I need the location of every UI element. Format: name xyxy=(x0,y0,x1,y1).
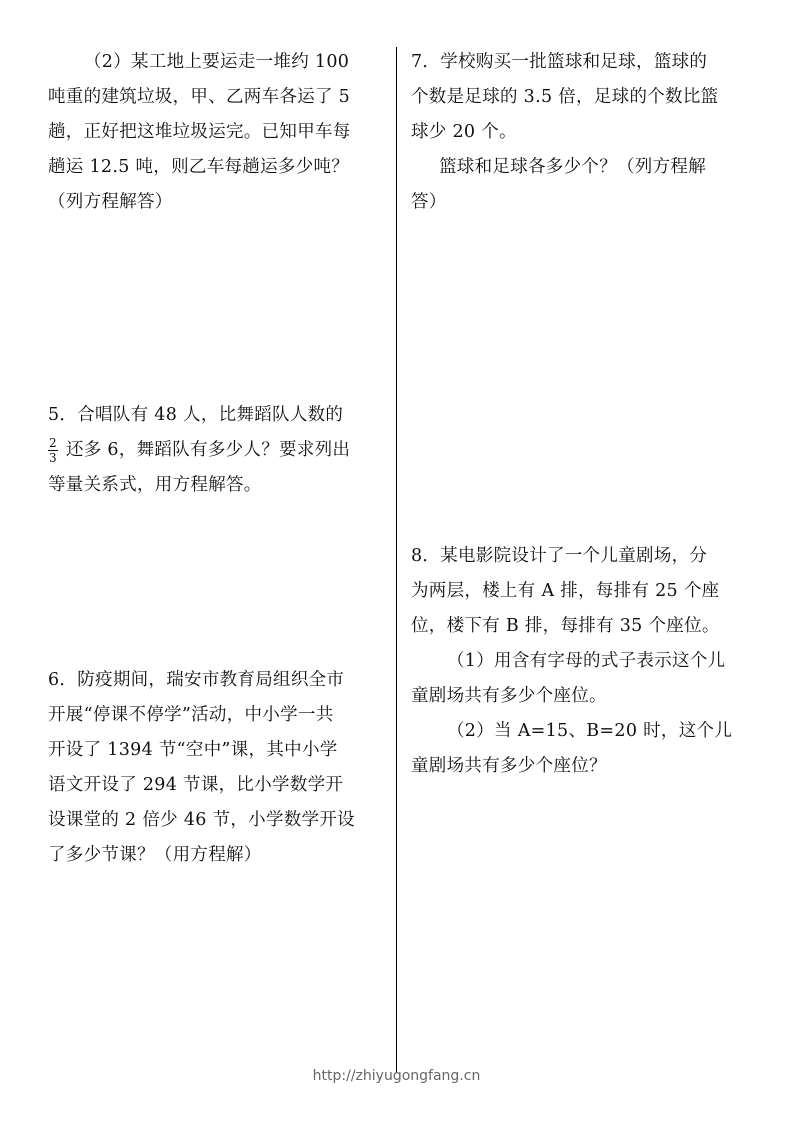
text-line: 球少 20 个。 xyxy=(411,115,751,150)
text-line: 8．某电影院设计了一个儿童剧场，分 xyxy=(411,539,751,574)
question-5: 5．合唱队有 48 人，比舞蹈队人数的 2 3 还多 6，舞蹈队有多少人？要求列… xyxy=(48,398,386,503)
text-line: 个数是足球的 3.5 倍，足球的个数比篮 xyxy=(411,80,751,115)
text-line: 2 3 还多 6，舞蹈队有多少人？要求列出 xyxy=(48,433,386,468)
text-line: 位，楼下有 B 排，每排有 35 个座位。 xyxy=(411,609,751,644)
text-line: 语文开设了 294 节课，比小学数学开 xyxy=(48,768,386,803)
text-line: 6．防疫期间，瑞安市教育局组织全市 xyxy=(48,663,386,698)
text-line: 开展“停课不停学”活动，中小学一共 xyxy=(48,698,386,733)
text-line: 答） xyxy=(411,185,751,220)
text-line: 为两层，楼上有 A 排，每排有 25 个座 xyxy=(411,574,751,609)
text-line: （2）某工地上要运走一堆约 100 xyxy=(48,45,386,80)
text-fragment: 还多 6，舞蹈队有多少人？要求列出 xyxy=(66,440,350,460)
fraction-denominator: 3 xyxy=(48,451,58,465)
watermark-url: http://zhiyugongfang.cn xyxy=(0,1068,793,1084)
text-line: （1）用含有字母的式子表示这个儿 xyxy=(411,644,751,679)
question-8: 8．某电影院设计了一个儿童剧场，分 为两层，楼上有 A 排，每排有 25 个座 … xyxy=(411,539,751,784)
text-line: （列方程解答） xyxy=(48,185,386,220)
text-line: 设课堂的 2 倍少 46 节，小学数学开设 xyxy=(48,803,386,838)
text-line: 开设了 1394 节“空中”课，其中小学 xyxy=(48,733,386,768)
fraction-two-thirds: 2 3 xyxy=(48,436,58,465)
text-line: 童剧场共有多少个座位？ xyxy=(411,749,751,784)
question-4-part-2: （2）某工地上要运走一堆约 100 吨重的建筑垃圾，甲、乙两车各运了 5 趟，正… xyxy=(48,45,386,220)
text-line: 趟，正好把这堆垃圾运完。已知甲车每 xyxy=(48,115,386,150)
question-7: 7．学校购买一批篮球和足球，篮球的 个数是足球的 3.5 倍，足球的个数比篮 球… xyxy=(411,45,751,220)
text-line: 趟运 12.5 吨，则乙车每趟运多少吨？ xyxy=(48,150,386,185)
fraction-numerator: 2 xyxy=(48,436,58,451)
text-line: 了多少节课？（用方程解） xyxy=(48,838,386,873)
text-line: 篮球和足球各多少个？（列方程解 xyxy=(411,150,751,185)
text-line: 等量关系式，用方程解答。 xyxy=(48,468,386,503)
question-6: 6．防疫期间，瑞安市教育局组织全市 开展“停课不停学”活动，中小学一共 开设了 … xyxy=(48,663,386,873)
text-line: 吨重的建筑垃圾，甲、乙两车各运了 5 xyxy=(48,80,386,115)
text-line: 童剧场共有多少个座位。 xyxy=(411,679,751,714)
text-line: 7．学校购买一批篮球和足球，篮球的 xyxy=(411,45,751,80)
column-divider xyxy=(396,47,397,1073)
text-line: （2）当 A=15、B=20 时，这个儿 xyxy=(411,714,751,749)
text-line: 5．合唱队有 48 人，比舞蹈队人数的 xyxy=(48,398,386,433)
